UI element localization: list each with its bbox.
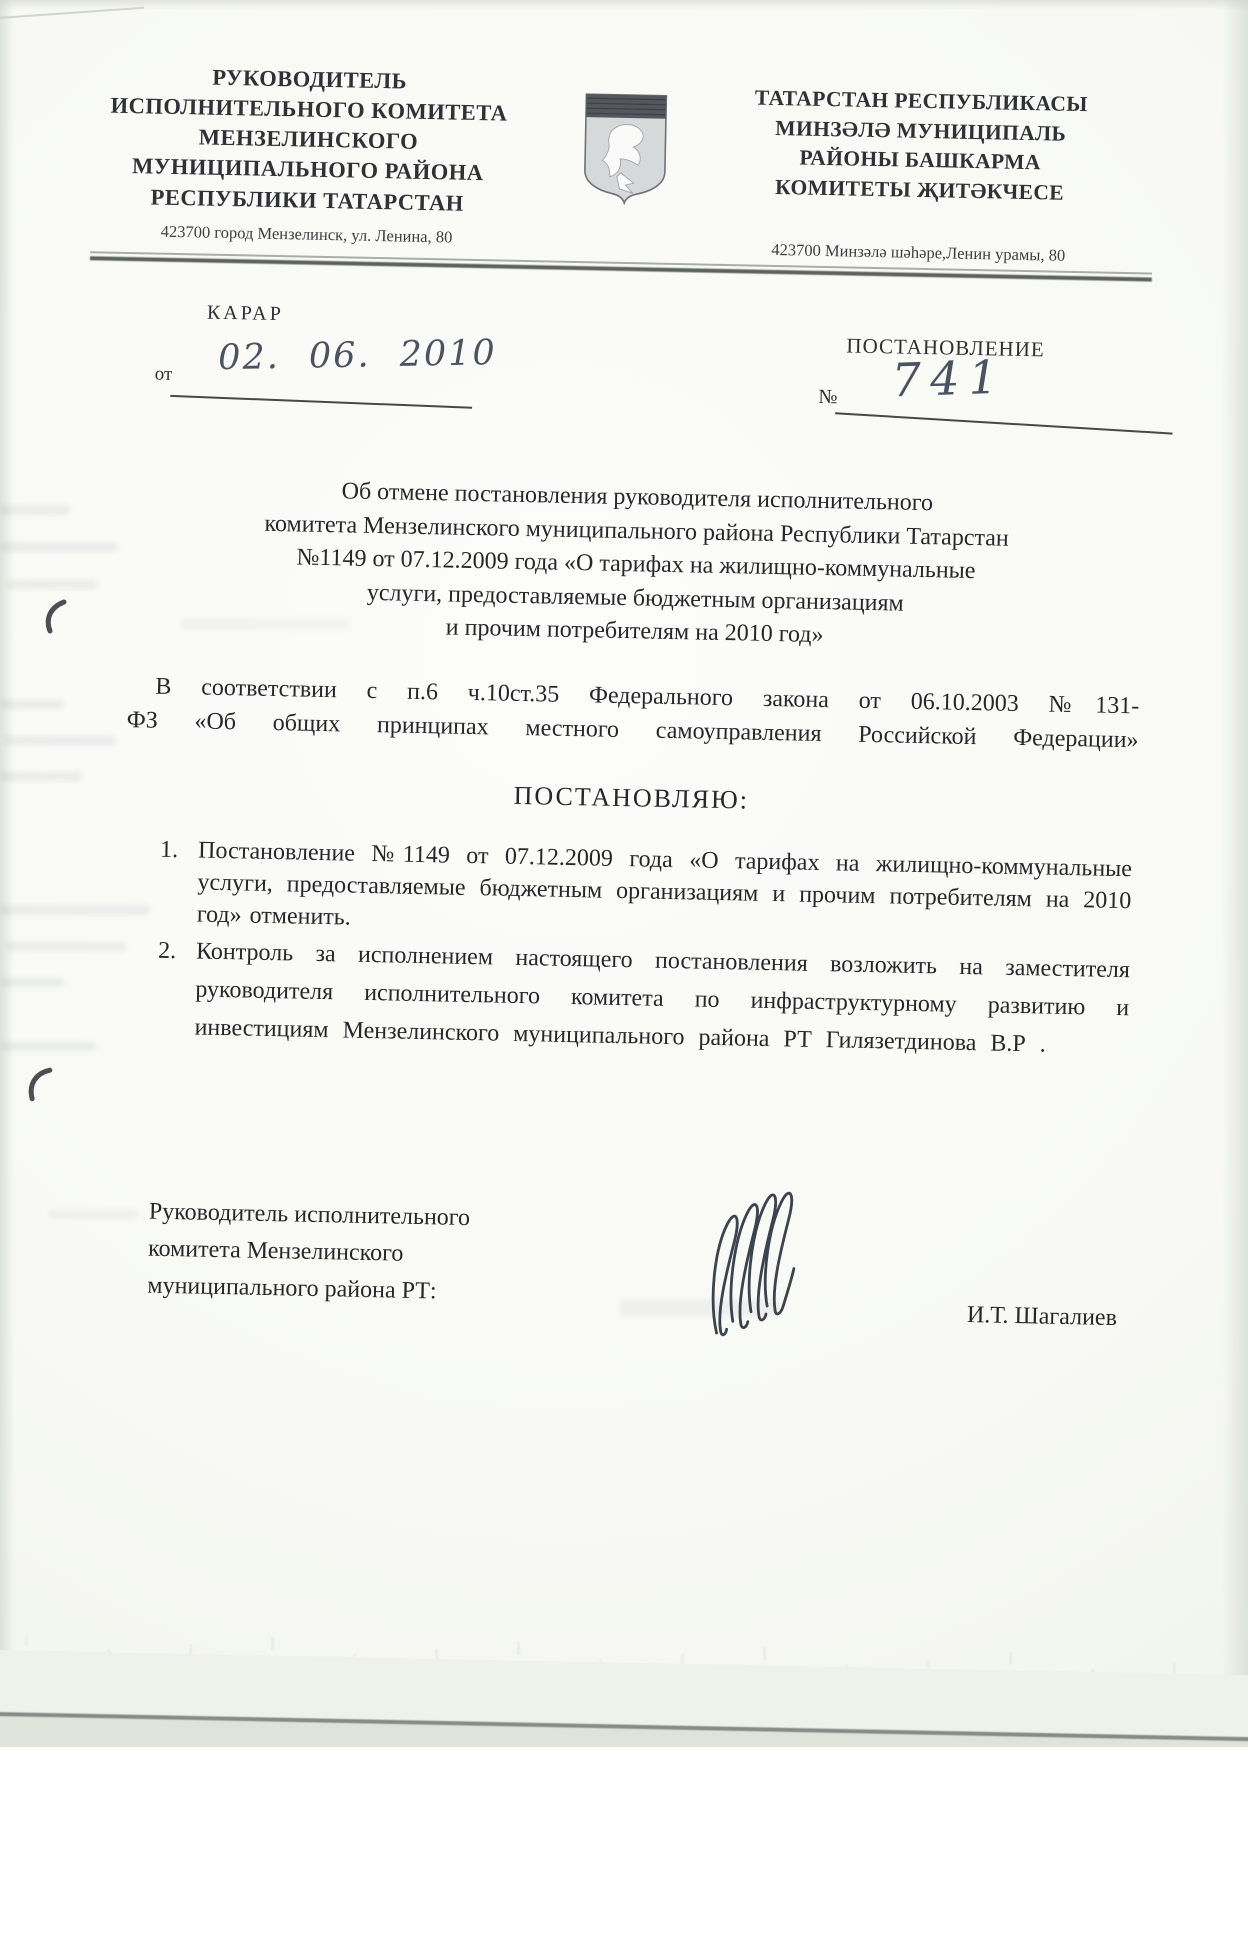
coat-of-arms-icon [580, 84, 670, 208]
perforation-tick [517, 1642, 520, 1655]
perforation-tick [763, 1647, 766, 1660]
preamble-paragraph: В соответствии с п.6 ч.10ст.35 Федеральн… [126, 669, 1139, 757]
item-text: Постановление №1149 от 07.12.2009 года «… [197, 836, 1133, 950]
hole-punch-mark [42, 598, 72, 641]
outside-scan-area [0, 1747, 1248, 1952]
perforation-tick [25, 1633, 28, 1646]
item-number: 1. [160, 835, 199, 868]
signatory-position-line: комитета Мензелинского [148, 1231, 470, 1275]
handwritten-number: 741 [891, 350, 1007, 408]
document-title: Об отмене постановления руководителя исп… [138, 471, 1133, 659]
item-number: 2. [158, 932, 197, 971]
resolution-items: 1. Постановление №1149 от 07.12.2009 год… [156, 835, 1132, 1066]
address-russian: 423700 город Мензелинск, ул. Ленина, 80 [82, 220, 530, 249]
item-text: Контроль за исполнением настоящего поста… [194, 933, 1130, 1065]
perforation-tick [1009, 1652, 1012, 1665]
doc-type-tatar: КАРАР [207, 302, 284, 327]
list-item: 1. Постановление №1149 от 07.12.2009 год… [159, 835, 1133, 950]
signatory-position-line: Руководитель исполнительного [149, 1194, 471, 1238]
document-content: РУКОВОДИТЕЛЬ ИСПОЛНИТЕЛЬНОГО КОМИТЕТА МЕ… [0, 0, 1248, 1723]
signatory-position: Руководитель исполнительного комитета Ме… [147, 1194, 470, 1312]
scanned-document-page: { "document": { "colors": { "paper": "#f… [0, 0, 1248, 1952]
handwritten-signature-icon [702, 1181, 815, 1358]
signatory-name: И.Т. Шагалиев [967, 1302, 1117, 1332]
handwritten-date: 02. 06. 2010 [218, 333, 497, 378]
resolution-heading: ПОСТАНОВЛЯЮ: [125, 773, 1137, 823]
perforation-tick [271, 1637, 274, 1650]
date-underline [170, 371, 473, 409]
address-tatar: 423700 Минзәлә шәһәре,Ленин урамы, 80 [698, 238, 1138, 267]
signatory-position-line: муниципального района РТ: [147, 1268, 469, 1312]
letterhead-org-name-tatar: ТАТАРСТАН РЕСПУБЛИКАСЫ МИНЗӘЛӘ МУНИЦИПАЛ… [699, 82, 1141, 209]
letterhead-org-name-russian: РУКОВОДИТЕЛЬ ИСПОЛНИТЕЛЬНОГО КОМИТЕТА МЕ… [83, 60, 534, 220]
list-item: 2. Контроль за исполнением настоящего по… [156, 932, 1130, 1065]
